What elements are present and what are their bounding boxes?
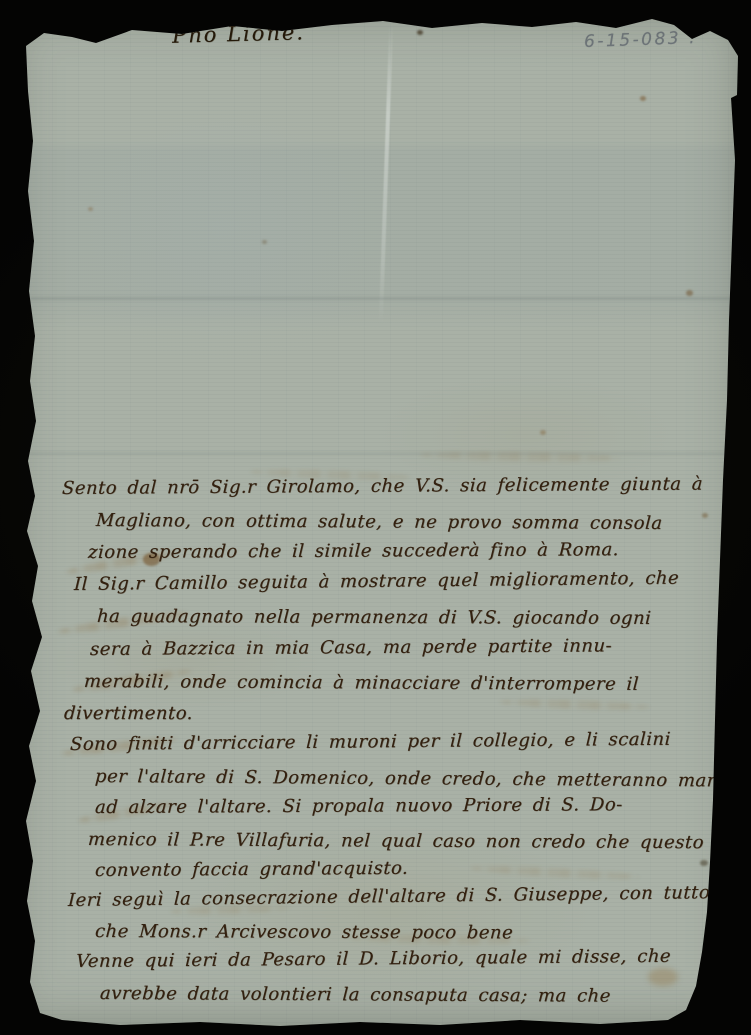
paper-edge-vignette <box>0 0 751 1035</box>
letter-page: Pnō Liōne. 6-15-083 . Sento dal nrō Sig.… <box>0 0 751 1035</box>
scan-background: Pnō Liōne. 6-15-083 . Sento dal nrō Sig.… <box>0 0 751 1035</box>
